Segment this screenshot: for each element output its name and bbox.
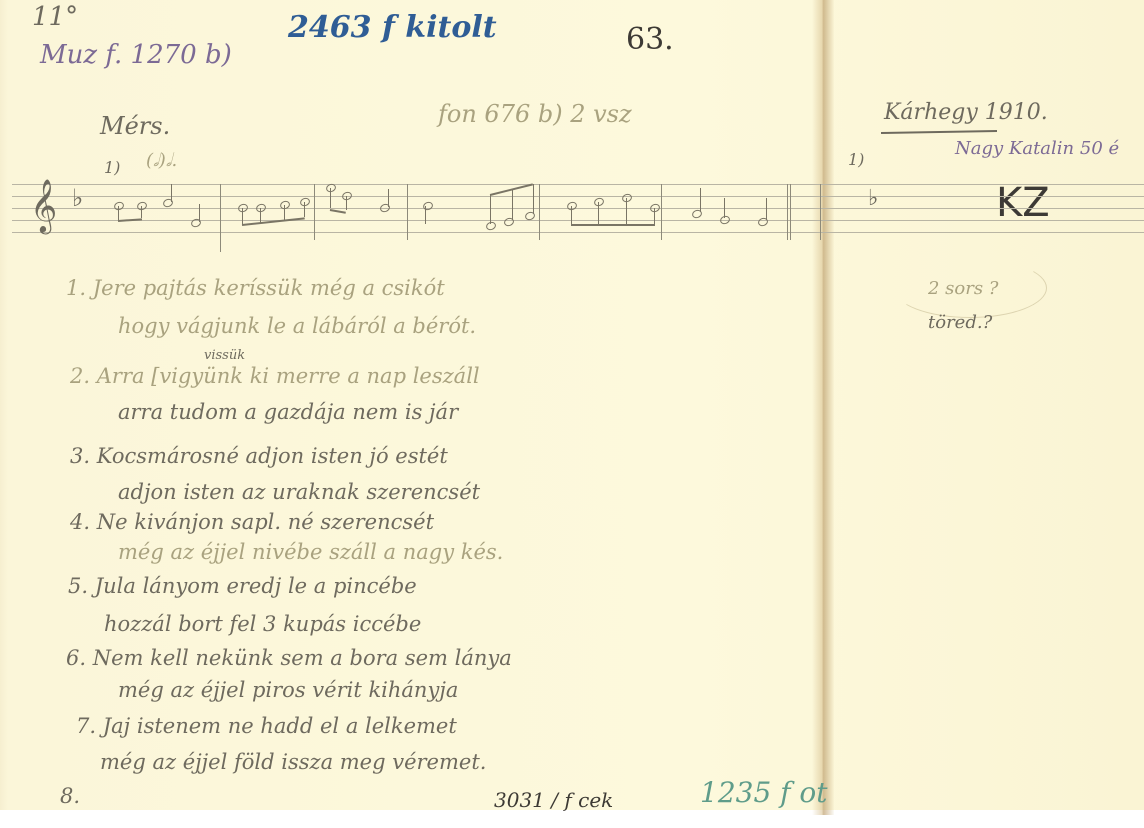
verse-6-line-2: még az éjjel piros vérit kihányja bbox=[118, 678, 458, 702]
music-staff: 𝄞 ♭ ♭ bbox=[12, 184, 1144, 240]
page-fold bbox=[812, 0, 834, 815]
verse-4-line-1: 4. Ne kivánjon sapl. né szerencsét bbox=[70, 510, 434, 534]
catalog-ref: Muz f. 1270 b) bbox=[40, 40, 232, 70]
place-year: Kárhegy 1910. bbox=[884, 100, 1048, 125]
verse-text: Jere pajtás keríssük még a csikót bbox=[93, 276, 445, 300]
verse-text: Jaj istenem ne hadd el a lelkemet bbox=[103, 714, 457, 738]
verse-number: 2. bbox=[70, 364, 90, 388]
archive-number: 2463 f kitolt bbox=[288, 10, 497, 45]
verse-1-line-2: hogy vágjunk le a lábáról a bérót. bbox=[118, 314, 476, 338]
verse-3-line-1: 3. Kocsmárosné adjon isten jó estét bbox=[70, 444, 448, 468]
verse-number: 4. bbox=[70, 510, 90, 534]
verse-number: 3. bbox=[70, 444, 90, 468]
treble-clef: 𝄞 bbox=[30, 178, 57, 234]
verse-2-line-2: arra tudom a gazdája nem is jár bbox=[118, 400, 458, 424]
key-signature-flat: ♭ bbox=[72, 184, 83, 212]
verse-5-line-2: hozzál bort fel 3 kupás iccébe bbox=[104, 612, 421, 636]
verse-number: 6. bbox=[66, 646, 86, 670]
footer-code-left: 3031 / f cek bbox=[494, 788, 613, 812]
verse-2-line-1: 2. Arra [vigyünk ki merre a nap leszáll bbox=[70, 364, 480, 388]
verse-text: Arra [vigyünk ki merre a nap leszáll bbox=[97, 364, 480, 388]
verse-text: Nem kell nekünk sem a bora sem lánya bbox=[93, 646, 512, 670]
right-note-2: töred.? bbox=[928, 312, 992, 333]
verse-2-annotation: vissük bbox=[204, 348, 245, 363]
verse-6-line-1: 6. Nem kell nekünk sem a bora sem lánya bbox=[66, 646, 512, 670]
right-key-flat: ♭ bbox=[868, 186, 878, 211]
right-note-1: 2 sors ? bbox=[928, 278, 998, 299]
verse-7-line-2: még az éjjel föld issza meg véremet. bbox=[100, 750, 486, 774]
verse-number: 5. bbox=[68, 574, 88, 598]
verse-3-line-2: adjon isten az uraknak szerencsét bbox=[118, 480, 480, 504]
place-underline bbox=[881, 130, 997, 134]
verse-7-line-1: 7. Jaj istenem ne hadd el a lelkemet bbox=[76, 714, 457, 738]
singer-name: Nagy Katalin 50 é bbox=[955, 138, 1119, 159]
verse-number: 7. bbox=[76, 714, 96, 738]
verse-8-number: 8. bbox=[60, 784, 80, 808]
manuscript-page: 11° Muz f. 1270 b) 2463 f kitolt 63. Mér… bbox=[0, 0, 1144, 810]
genre-label: Mérs. bbox=[100, 112, 170, 140]
verse-number: 1. bbox=[66, 276, 86, 300]
verse-5-line-1: 5. Jula lányom eredj le a pincébe bbox=[68, 574, 417, 598]
verse-text: Ne kivánjon sapl. né szerencsét bbox=[97, 510, 434, 534]
variant-marker: (𝅗𝅥)𝅗𝅥. bbox=[146, 150, 177, 171]
page-number: 63. bbox=[626, 22, 674, 57]
verse-1-line-1: 1. Jere pajtás keríssük még a csikót bbox=[66, 276, 445, 300]
verse-text: Kocsmárosné adjon isten jó estét bbox=[97, 444, 448, 468]
phonograph-ref: fon 676 b) 2 vsz bbox=[438, 100, 632, 128]
footer-code-right: 1235 f ot bbox=[700, 776, 828, 809]
tune-marker: 1) bbox=[104, 158, 120, 177]
verse-4-line-2: még az éjjel nivébe száll a nagy kés. bbox=[118, 540, 503, 564]
top-left-mark: 11° bbox=[32, 2, 78, 32]
verse-text: Jula lányom eredj le a pincébe bbox=[95, 574, 417, 598]
right-tune-number: 1) bbox=[848, 150, 864, 169]
